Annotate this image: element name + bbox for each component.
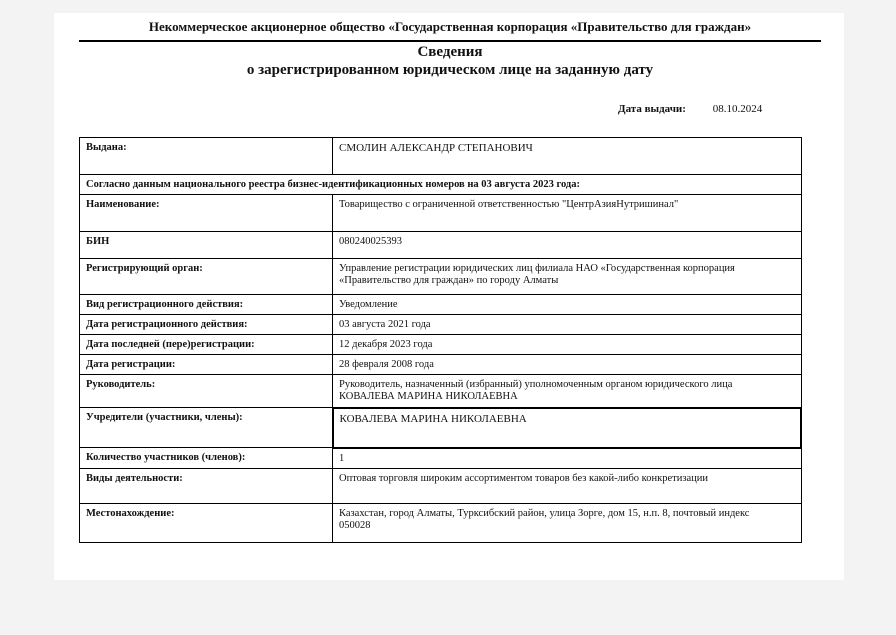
row-value: СМОЛИН АЛЕКСАНДР СТЕПАНОВИЧ [333, 138, 802, 175]
table-row-director: Руководитель: Руководитель, назначенный … [80, 375, 802, 408]
row-label: Виды деятельности: [80, 468, 333, 503]
row-label: Местонахождение: [80, 503, 333, 542]
header-divider [79, 40, 821, 42]
row-label: Дата регистрационного действия: [80, 315, 333, 335]
row-value: 1 [333, 448, 802, 469]
issue-date-label: Дата выдачи: [618, 102, 710, 116]
value-line-2: КОВАЛЕВА МАРИНА НИКОЛАЕВНА [339, 391, 795, 403]
value-line-1: Руководитель, назначенный (избранный) уп… [339, 379, 795, 391]
title-line-2: о зарегистрированном юридическом лице на… [79, 61, 821, 79]
title-line-1: Сведения [79, 43, 821, 61]
table-row-last-reregistration-date: Дата последней (пере)регистрации: 12 дек… [80, 335, 802, 355]
row-label: Выдана: [80, 138, 333, 175]
table-row-issued-to: Выдана: СМОЛИН АЛЕКСАНДР СТЕПАНОВИЧ [80, 138, 802, 175]
document-page: Некоммерческое акционерное общество «Гос… [54, 13, 844, 580]
row-label: Дата регистрации: [80, 355, 333, 375]
row-value: Управление регистрации юридических лиц ф… [333, 259, 802, 295]
row-value: Товарищество с ограниченной ответственно… [333, 195, 802, 232]
issue-date: Дата выдачи: 08.10.2024 [618, 102, 762, 116]
row-value: Руководитель, назначенный (избранный) уп… [333, 375, 802, 408]
row-value: Уведомление [333, 295, 802, 315]
organization-header: Некоммерческое акционерное общество «Гос… [79, 19, 821, 35]
row-label: Руководитель: [80, 375, 333, 408]
table-row-registry-note: Согласно данным национального реестра би… [80, 175, 802, 195]
row-label: Вид регистрационного действия: [80, 295, 333, 315]
table-row-registering-authority: Регистрирующий орган: Управление регистр… [80, 259, 802, 295]
value-line-2: 050028 [339, 520, 795, 532]
row-value: 03 августа 2021 года [333, 315, 802, 335]
row-label: Учредители (участники, члены): [80, 408, 333, 448]
row-label: Количество участников (членов): [80, 448, 333, 469]
row-value: 28 февраля 2008 года [333, 355, 802, 375]
table-row-member-count: Количество участников (членов): 1 [80, 448, 802, 469]
document-title: Сведения о зарегистрированном юридическо… [79, 43, 821, 79]
row-value: Казахстан, город Алматы, Турксибский рай… [333, 503, 802, 542]
registry-note: Согласно данным национального реестра би… [80, 175, 802, 195]
table-row-registration-date: Дата регистрации: 28 февраля 2008 года [80, 355, 802, 375]
issue-date-value: 08.10.2024 [713, 102, 763, 116]
table-row-registration-action-date: Дата регистрационного действия: 03 авгус… [80, 315, 802, 335]
table-row-name: Наименование: Товарищество с ограниченно… [80, 195, 802, 232]
registration-table: Выдана: СМОЛИН АЛЕКСАНДР СТЕПАНОВИЧ Согл… [79, 137, 802, 543]
row-label: Регистрирующий орган: [80, 259, 333, 295]
row-value: КОВАЛЕВА МАРИНА НИКОЛАЕВНА [333, 408, 802, 448]
row-label: Наименование: [80, 195, 333, 232]
table-row-bin: БИН 080240025393 [80, 232, 802, 259]
table-row-location: Местонахождение: Казахстан, город Алматы… [80, 503, 802, 542]
row-value: 080240025393 [333, 232, 802, 259]
row-label: БИН [80, 232, 333, 259]
row-value: Оптовая торговля широким ассортиментом т… [333, 468, 802, 503]
value-line-2: «Правительство для граждан» по городу Ал… [339, 275, 795, 287]
table-row-registration-action-type: Вид регистрационного действия: Уведомлен… [80, 295, 802, 315]
table-row-founders: Учредители (участники, члены): КОВАЛЕВА … [80, 408, 802, 448]
row-value: 12 декабря 2023 года [333, 335, 802, 355]
value-line-1: Казахстан, город Алматы, Турксибский рай… [339, 508, 795, 520]
value-line-1: Управление регистрации юридических лиц ф… [339, 263, 795, 275]
row-label: Дата последней (пере)регистрации: [80, 335, 333, 355]
table-row-activity-types: Виды деятельности: Оптовая торговля широ… [80, 468, 802, 503]
